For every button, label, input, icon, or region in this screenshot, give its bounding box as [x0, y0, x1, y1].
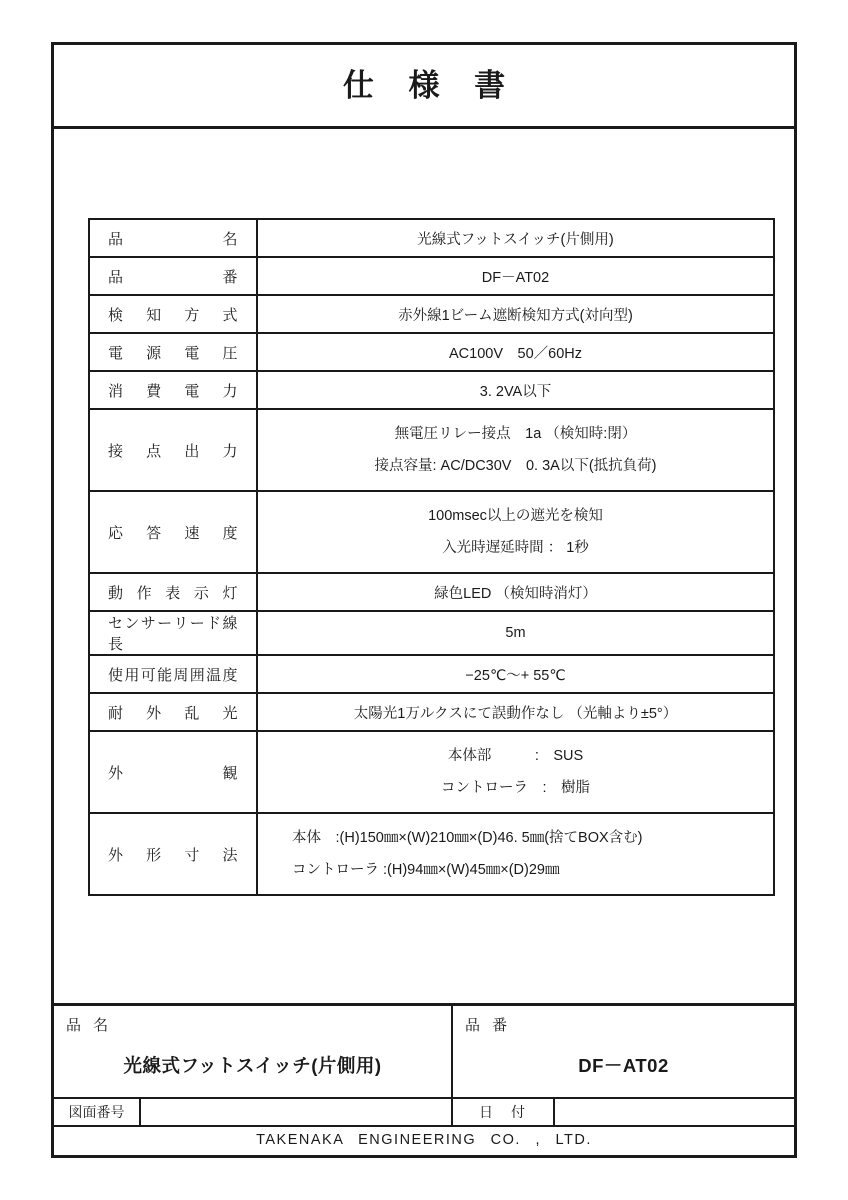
spec-value-lines: 100msec以上の遮光を検知 入光時遅延時間 ： 1秒: [258, 492, 773, 572]
spec-value: −25℃～+ 55℃: [257, 655, 774, 693]
spec-value-line1: 100msec以上の遮光を検知: [258, 509, 773, 524]
spec-value-line2: 入光時遅延時間 ： 1秒: [258, 541, 773, 556]
drawing-number-value: [141, 1099, 453, 1125]
spec-row-power-voltage: 電源電圧 AC100V 50／60Hz: [89, 333, 774, 371]
spec-value-line1: 無電圧リレー接点 1a （検知時:閉）: [258, 427, 773, 442]
spec-label: センサーリード線長: [90, 612, 256, 654]
name-value: 光線式フットスイッチ(片側用): [54, 1052, 451, 1078]
spec-row-outer-dimensions: 外形寸法 本体 :(H)150㎜×(W)210㎜×(D)46. 5㎜(捨てBOX…: [89, 813, 774, 895]
spec-label: 動作表示灯: [90, 582, 256, 603]
spec-value-line1: 本体部 : SUS: [258, 749, 773, 764]
spec-value: DF－AT02: [257, 257, 774, 295]
spec-sheet-page: 仕 様 書 品名 光線式フットスイッチ(片側用) 品番 DF－AT02 検知方式…: [0, 0, 848, 1200]
spec-value: 光線式フットスイッチ(片側用): [257, 219, 774, 257]
spec-value-line2: コントローラ : 樹脂: [258, 781, 773, 796]
spec-label: 応答速度: [90, 522, 256, 543]
spec-label: 品番: [90, 266, 256, 287]
spec-value: AC100V 50／60Hz: [257, 333, 774, 371]
spec-row-response-speed: 応答速度 100msec以上の遮光を検知 入光時遅延時間 ： 1秒: [89, 491, 774, 573]
spec-label: 電源電圧: [90, 342, 256, 363]
spec-row-contact-output: 接点出力 無電圧リレー接点 1a （検知時:閉） 接点容量: AC/DC30V …: [89, 409, 774, 491]
spec-value-line2: コントローラ :(H)94㎜×(W)45㎜×(D)29㎜: [292, 863, 559, 878]
spec-label: 耐外乱光: [90, 702, 256, 723]
title-block-name-cell: 品 名 光線式フットスイッチ(片側用): [54, 1006, 453, 1097]
spec-row-appearance: 外観 本体部 : SUS コントローラ : 樹脂: [89, 731, 774, 813]
title-block-number-cell: 品 番 DF－AT02: [453, 1006, 794, 1097]
company-name: TAKENAKA ENGINEERING CO. , LTD.: [54, 1127, 794, 1155]
spec-value-lines: 本体 :(H)150㎜×(W)210㎜×(D)46. 5㎜(捨てBOX含む) コ…: [258, 814, 773, 894]
spec-row-power-consumption: 消費電力 3. 2VA以下: [89, 371, 774, 409]
spec-row-operation-indicator: 動作表示灯 緑色LED （検知時消灯）: [89, 573, 774, 611]
document-title: 仕 様 書: [54, 45, 794, 126]
document-title-section: 仕 様 書: [54, 45, 794, 129]
spec-label: 品名: [90, 228, 256, 249]
spec-label: 使用可能周囲温度: [90, 664, 256, 685]
title-block: 品 名 光線式フットスイッチ(片側用) 品 番 DF－AT02 図面番号 日 付…: [54, 1003, 794, 1155]
spec-label: 外形寸法: [90, 844, 256, 865]
spec-row-product-name: 品名 光線式フットスイッチ(片側用): [89, 219, 774, 257]
date-value: [555, 1099, 794, 1125]
spec-label: 外観: [90, 762, 256, 783]
spec-value: 3. 2VA以下: [257, 371, 774, 409]
spec-label: 消費電力: [90, 380, 256, 401]
title-block-row-2: 図面番号 日 付: [54, 1099, 794, 1127]
spec-value-line2: 接点容量: AC/DC30V 0. 3A以下(抵抗負荷): [258, 459, 773, 474]
spec-row-ambient-temperature: 使用可能周囲温度 −25℃～+ 55℃: [89, 655, 774, 693]
document-border: 仕 様 書 品名 光線式フットスイッチ(片側用) 品番 DF－AT02 検知方式…: [51, 42, 797, 1158]
title-block-row-1: 品 名 光線式フットスイッチ(片側用) 品 番 DF－AT02: [54, 1006, 794, 1099]
spec-row-detection-method: 検知方式 赤外線1ビーム遮断検知方式(対向型): [89, 295, 774, 333]
spec-row-ambient-light-immunity: 耐外乱光 太陽光1万ルクスにて誤動作なし （光軸より±5°）: [89, 693, 774, 731]
spec-value: 太陽光1万ルクスにて誤動作なし （光軸より±5°）: [257, 693, 774, 731]
spec-value-line1: 本体 :(H)150㎜×(W)210㎜×(D)46. 5㎜(捨てBOX含む): [292, 831, 642, 846]
spec-value: 5m: [257, 611, 774, 655]
drawing-number-label: 図面番号: [54, 1099, 141, 1125]
spec-row-sensor-lead-length: センサーリード線長 5m: [89, 611, 774, 655]
number-label: 品 番: [465, 1014, 511, 1035]
number-value: DF－AT02: [453, 1052, 794, 1078]
spec-value: 緑色LED （検知時消灯）: [257, 573, 774, 611]
spec-label: 接点出力: [90, 440, 256, 461]
spec-row-product-number: 品番 DF－AT02: [89, 257, 774, 295]
name-label: 品 名: [66, 1014, 112, 1035]
spec-value-lines: 本体部 : SUS コントローラ : 樹脂: [258, 732, 773, 812]
spec-value: 赤外線1ビーム遮断検知方式(対向型): [257, 295, 774, 333]
spec-label: 検知方式: [90, 304, 256, 325]
spec-table: 品名 光線式フットスイッチ(片側用) 品番 DF－AT02 検知方式 赤外線1ビ…: [88, 218, 775, 896]
spec-value-lines: 無電圧リレー接点 1a （検知時:閉） 接点容量: AC/DC30V 0. 3A…: [258, 410, 773, 490]
date-label: 日 付: [453, 1099, 555, 1125]
